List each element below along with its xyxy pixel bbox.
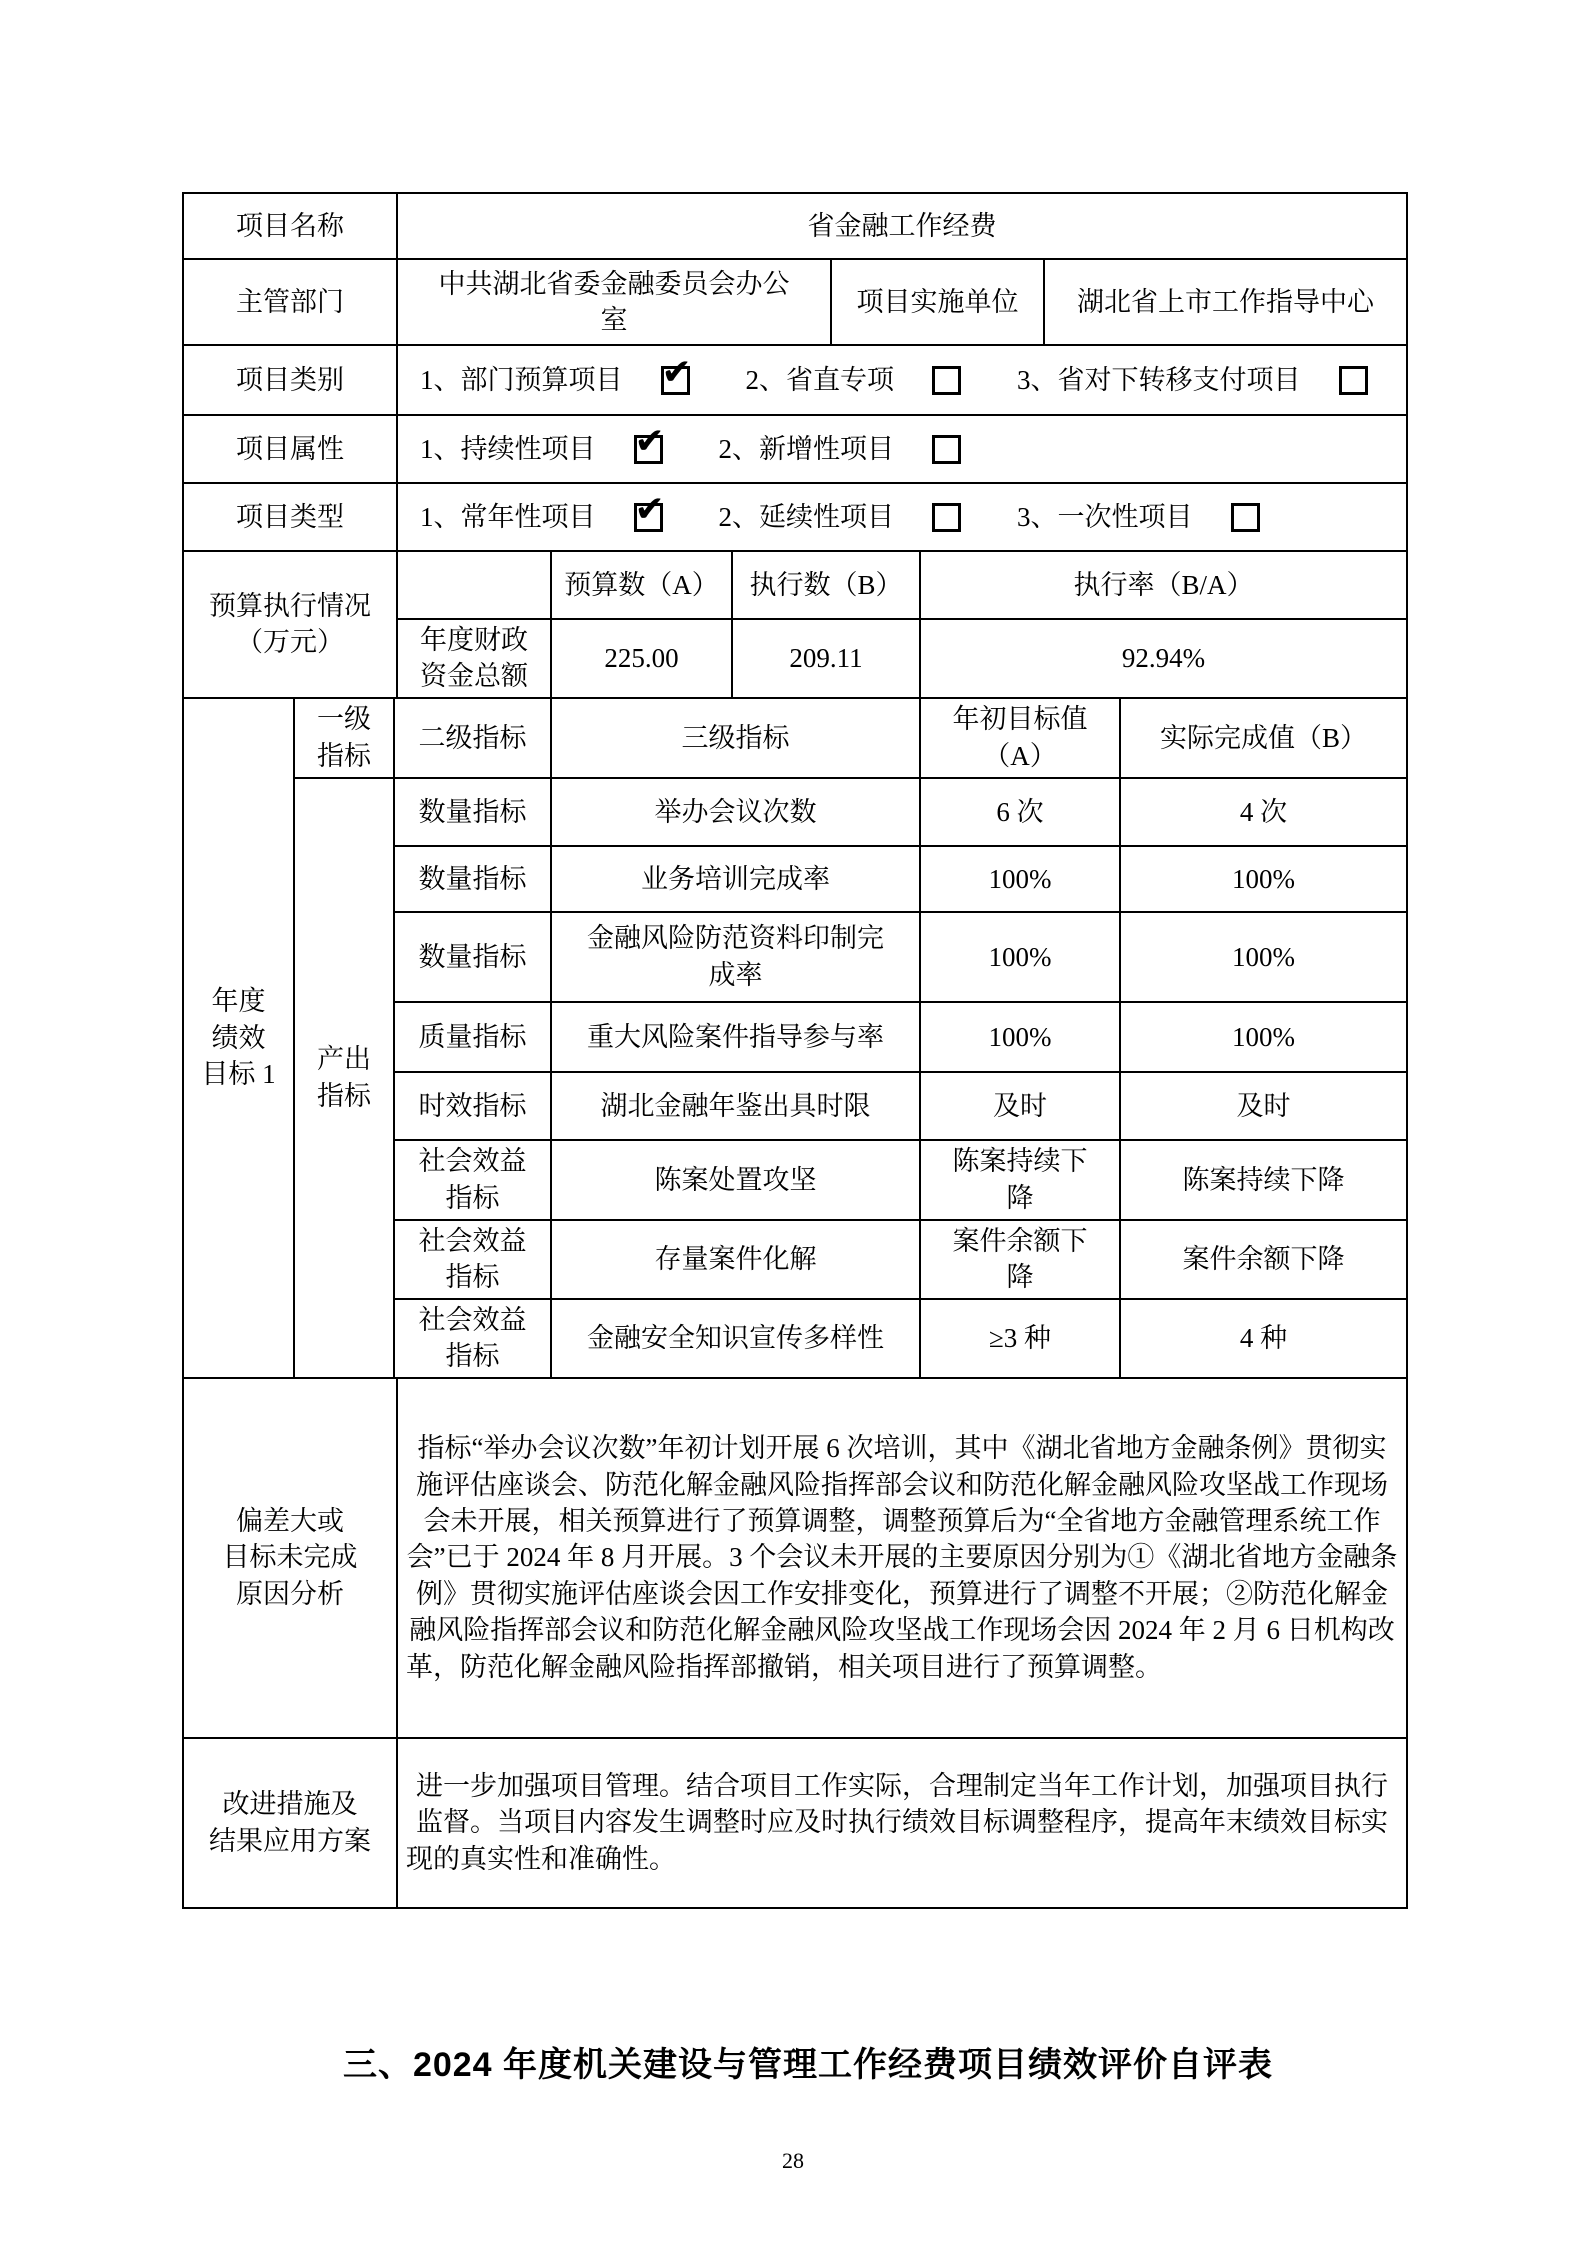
category-label: 项目类别 xyxy=(183,345,397,415)
indicator-level2: 社会效益 指标 xyxy=(394,1299,551,1378)
document-page: 项目名称 省金融工作经费 主管部门 中共湖北省委金融委员会办公 室 项目实施单位… xyxy=(0,0,1586,2242)
analysis-label: 偏差大或 目标未完成 原因分析 xyxy=(183,1378,397,1738)
goal-group-label: 年度 绩效 目标 1 xyxy=(183,698,294,1378)
improvement-text: 进一步加强项目管理。结合项目工作实际，合理制定当年工作计划，加强项目执行监督。当… xyxy=(397,1738,1407,1908)
indicator-level3: 金融安全知识宣传多样性 xyxy=(551,1299,920,1378)
category-option: 1、部门预算项目 xyxy=(420,362,690,398)
indicator-level2: 社会效益 指标 xyxy=(394,1220,551,1299)
indicator-actual: 4 次 xyxy=(1120,778,1407,846)
checkbox-icon xyxy=(1339,366,1368,395)
table-row: 主管部门 中共湖北省委金融委员会办公 室 项目实施单位 湖北省上市工作指导中心 xyxy=(183,259,1407,345)
table-row: 项目类型 1、常年性项目 2、延续性项目 3、一次性项目 xyxy=(183,483,1407,551)
indicator-target: 6 次 xyxy=(920,778,1120,846)
indicator-level2: 质量指标 xyxy=(394,1002,551,1072)
option-label: 3、省对下转移支付项目 xyxy=(1017,362,1301,398)
level1-value: 产出 指标 xyxy=(294,778,394,1378)
option-label: 2、新增性项目 xyxy=(719,431,895,467)
indicator-level2: 数量指标 xyxy=(394,778,551,846)
actual-header: 实际完成值（B） xyxy=(1120,698,1407,778)
table-row: 年度 绩效 目标 1 一级 指标 二级指标 三级指标 年初目标值 （A） 实际完… xyxy=(183,698,1407,778)
category-options: 1、部门预算项目 2、省直专项 3、省对下转移支付项目 xyxy=(397,345,1407,415)
implementer-value: 湖北省上市工作指导中心 xyxy=(1044,259,1407,345)
indicator-target: 及时 xyxy=(920,1072,1120,1140)
empty-cell xyxy=(397,551,551,619)
category-option: 2、省直专项 xyxy=(746,362,962,398)
indicator-level2: 数量指标 xyxy=(394,912,551,1002)
type-option: 2、延续性项目 xyxy=(719,499,962,535)
exec-value: 209.11 xyxy=(732,619,920,698)
rate-value: 92.94% xyxy=(920,619,1407,698)
annual-funds-label: 年度财政 资金总额 xyxy=(397,619,551,698)
indicator-actual: 4 种 xyxy=(1120,1299,1407,1378)
attribute-option: 2、新增性项目 xyxy=(719,431,962,467)
table-row: 项目类别 1、部门预算项目 2、省直专项 3、省对下转移支付项目 xyxy=(183,345,1407,415)
level3-header: 三级指标 xyxy=(551,698,920,778)
type-options: 1、常年性项目 2、延续性项目 3、一次性项目 xyxy=(397,483,1407,551)
indicator-target: 陈案持续下 降 xyxy=(920,1140,1120,1220)
table-row: 产出 指标 数量指标 举办会议次数 6 次 4 次 xyxy=(183,778,1407,846)
table-row: 项目属性 1、持续性项目 2、新增性项目 xyxy=(183,415,1407,483)
department-value: 中共湖北省委金融委员会办公 室 xyxy=(397,259,831,345)
department-label: 主管部门 xyxy=(183,259,397,345)
indicator-actual: 案件余额下降 xyxy=(1120,1220,1407,1299)
rate-col-header: 执行率（B/A） xyxy=(920,551,1407,619)
analysis-text: 指标“举办会议次数”年初计划开展 6 次培训，其中《湖北省地方金融条例》贯彻实施… xyxy=(397,1378,1407,1738)
indicator-actual: 陈案持续下降 xyxy=(1120,1140,1407,1220)
indicator-level2: 数量指标 xyxy=(394,846,551,912)
option-label: 2、省直专项 xyxy=(746,362,895,398)
indicator-level3: 湖北金融年鉴出具时限 xyxy=(551,1072,920,1140)
budget-table: 预算执行情况 （万元） 预算数（A） 执行数（B） 执行率（B/A） 年度财政 … xyxy=(182,550,1408,699)
indicator-level3: 业务培训完成率 xyxy=(551,846,920,912)
indicator-level3: 举办会议次数 xyxy=(551,778,920,846)
indicator-actual: 及时 xyxy=(1120,1072,1407,1140)
indicator-target: 100% xyxy=(920,846,1120,912)
type-option: 3、一次性项目 xyxy=(1017,499,1260,535)
target-header: 年初目标值 （A） xyxy=(920,698,1120,778)
checkbox-icon xyxy=(932,503,961,532)
next-section-heading: 三、2024 年度机关建设与管理工作经费项目绩效评价自评表 xyxy=(0,2037,1586,2086)
option-label: 1、常年性项目 xyxy=(420,499,596,535)
table-row: 项目名称 省金融工作经费 xyxy=(183,193,1407,259)
indicator-target: 100% xyxy=(920,912,1120,1002)
implementer-label: 项目实施单位 xyxy=(831,259,1044,345)
option-label: 1、持续性项目 xyxy=(420,431,596,467)
indicator-target: ≥3 种 xyxy=(920,1299,1120,1378)
table-row: 改进措施及 结果应用方案 进一步加强项目管理。结合项目工作实际，合理制定当年工作… xyxy=(183,1738,1407,1908)
attribute-label: 项目属性 xyxy=(183,415,397,483)
category-option: 3、省对下转移支付项目 xyxy=(1017,362,1368,398)
indicator-level3: 陈案处置攻坚 xyxy=(551,1140,920,1220)
indicator-level2: 社会效益 指标 xyxy=(394,1140,551,1220)
checkbox-icon xyxy=(932,435,961,464)
indicator-actual: 100% xyxy=(1120,846,1407,912)
table-row: 偏差大或 目标未完成 原因分析 指标“举办会议次数”年初计划开展 6 次培训，其… xyxy=(183,1378,1407,1738)
indicator-level3: 存量案件化解 xyxy=(551,1220,920,1299)
budget-section-label: 预算执行情况 （万元） xyxy=(183,551,397,698)
indicator-level3: 金融风险防范资料印制完 成率 xyxy=(551,912,920,1002)
attribute-option: 1、持续性项目 xyxy=(420,431,663,467)
level2-header: 二级指标 xyxy=(394,698,551,778)
page-number: 28 xyxy=(0,2148,1586,2174)
option-label: 2、延续性项目 xyxy=(719,499,895,535)
type-option: 1、常年性项目 xyxy=(420,499,663,535)
indicator-actual: 100% xyxy=(1120,1002,1407,1072)
checkbox-icon xyxy=(634,503,663,532)
indicators-table: 年度 绩效 目标 1 一级 指标 二级指标 三级指标 年初目标值 （A） 实际完… xyxy=(182,697,1408,1379)
budget-col-header: 预算数（A） xyxy=(551,551,732,619)
checkbox-icon xyxy=(932,366,961,395)
project-name-value: 省金融工作经费 xyxy=(397,193,1407,259)
indicator-target: 案件余额下 降 xyxy=(920,1220,1120,1299)
improvement-label: 改进措施及 结果应用方案 xyxy=(183,1738,397,1908)
budget-value: 225.00 xyxy=(551,619,732,698)
indicator-level2: 时效指标 xyxy=(394,1072,551,1140)
project-name-label: 项目名称 xyxy=(183,193,397,259)
exec-col-header: 执行数（B） xyxy=(732,551,920,619)
option-label: 1、部门预算项目 xyxy=(420,362,623,398)
option-label: 3、一次性项目 xyxy=(1017,499,1193,535)
indicator-actual: 100% xyxy=(1120,912,1407,1002)
attribute-options: 1、持续性项目 2、新增性项目 xyxy=(397,415,1407,483)
checkbox-icon xyxy=(1231,503,1260,532)
document-content: 项目名称 省金融工作经费 主管部门 中共湖北省委金融委员会办公 室 项目实施单位… xyxy=(0,0,1586,2174)
checkbox-icon xyxy=(634,435,663,464)
project-info-table: 项目名称 省金融工作经费 主管部门 中共湖北省委金融委员会办公 室 项目实施单位… xyxy=(182,192,1408,552)
table-row: 预算执行情况 （万元） 预算数（A） 执行数（B） 执行率（B/A） xyxy=(183,551,1407,619)
indicator-target: 100% xyxy=(920,1002,1120,1072)
analysis-table: 偏差大或 目标未完成 原因分析 指标“举办会议次数”年初计划开展 6 次培训，其… xyxy=(182,1377,1408,1909)
checkbox-icon xyxy=(661,366,690,395)
type-label: 项目类型 xyxy=(183,483,397,551)
indicator-level3: 重大风险案件指导参与率 xyxy=(551,1002,920,1072)
level1-header: 一级 指标 xyxy=(294,698,394,778)
